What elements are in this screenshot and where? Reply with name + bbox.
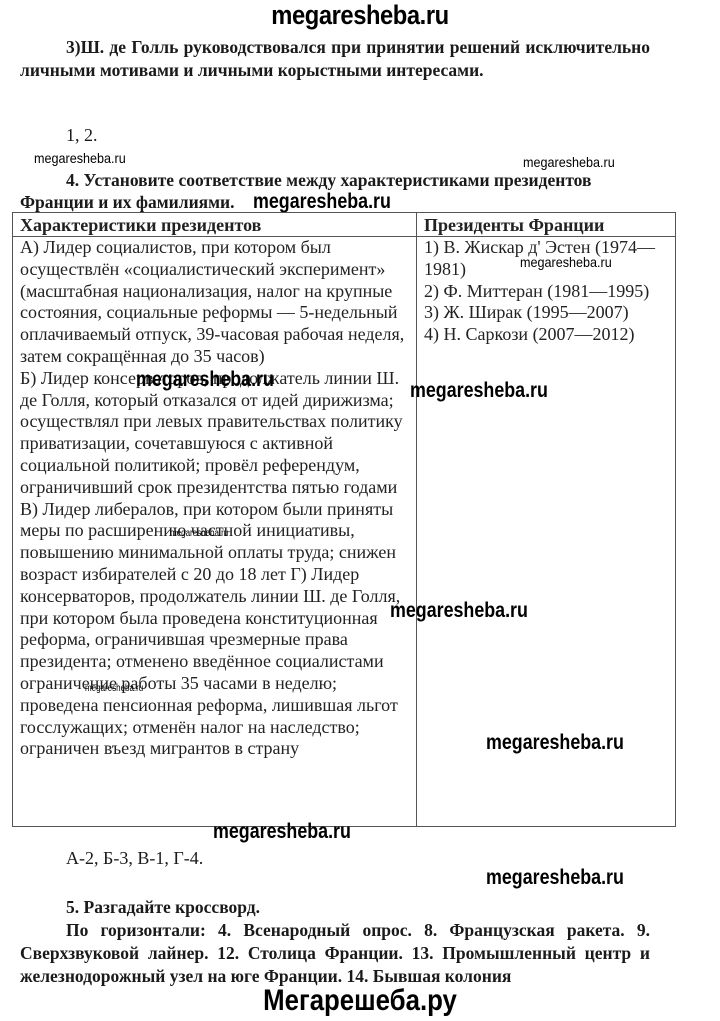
header-characteristics: Характеристики президентов xyxy=(13,213,417,237)
horizontal-label: По горизонтали: xyxy=(66,920,206,940)
watermark-table-tiny-1: megaresheba.ru xyxy=(170,528,228,539)
answer-task-3: 1, 2. xyxy=(66,125,98,146)
header-presidents: Президенты Франции xyxy=(417,213,676,237)
watermark-table-left-1: megaresheba.ru xyxy=(136,368,274,392)
watermark-table-right-3: megaresheba.ru xyxy=(486,731,624,755)
answer-task-4: А-2, Б-3, В-1, Г-4. xyxy=(66,848,203,869)
statement-3-text: Ш. де Голль руководствовался при приняти… xyxy=(20,37,650,80)
watermark-table-tiny-2: megaresheba.ru xyxy=(85,683,143,694)
statement-3: 3)Ш. де Голль руководствовался при приня… xyxy=(20,36,650,82)
task-4-title-line1: 4. Установите соответствие между характе… xyxy=(66,170,591,190)
president-3: 3) Ж. Ширак (1995—2007) xyxy=(424,302,669,324)
site-watermark-top: megaresheba.ru xyxy=(43,0,677,31)
president-4: 4) Н. Саркози (2007—2012) xyxy=(424,324,669,346)
task-5-title: 5. Разгадайте кроссворд. xyxy=(20,896,650,919)
site-watermark-bottom: Мегарешеба.ру xyxy=(50,984,669,1018)
table-header-row: Характеристики президентов Президенты Фр… xyxy=(13,213,676,237)
characteristic-a: А) Лидер социалистов, при котором был ос… xyxy=(20,237,410,368)
watermark-task-4: megaresheba.ru xyxy=(253,190,391,214)
watermark-after-answer: megaresheba.ru xyxy=(486,866,624,890)
president-2: 2) Ф. Миттеран (1981—1995) xyxy=(424,281,669,303)
statement-3-number: 3) xyxy=(66,37,81,57)
watermark-small-left: megaresheba.ru xyxy=(34,150,126,166)
task-4-title: 4. Установите соответствие между характе… xyxy=(20,169,660,192)
watermark-table-right-2: megaresheba.ru xyxy=(390,599,528,623)
watermark-table-right-small: megaresheba.ru xyxy=(520,254,612,270)
watermark-table-right-1: megaresheba.ru xyxy=(410,379,548,403)
watermark-small-right: megaresheba.ru xyxy=(523,154,615,170)
task-5-horizontal: По горизонтали: 4. Всенародный опрос. 8.… xyxy=(20,919,650,988)
watermark-below-table: megaresheba.ru xyxy=(213,820,351,844)
task-5-title-text: 5. Разгадайте кроссворд. xyxy=(66,897,260,917)
